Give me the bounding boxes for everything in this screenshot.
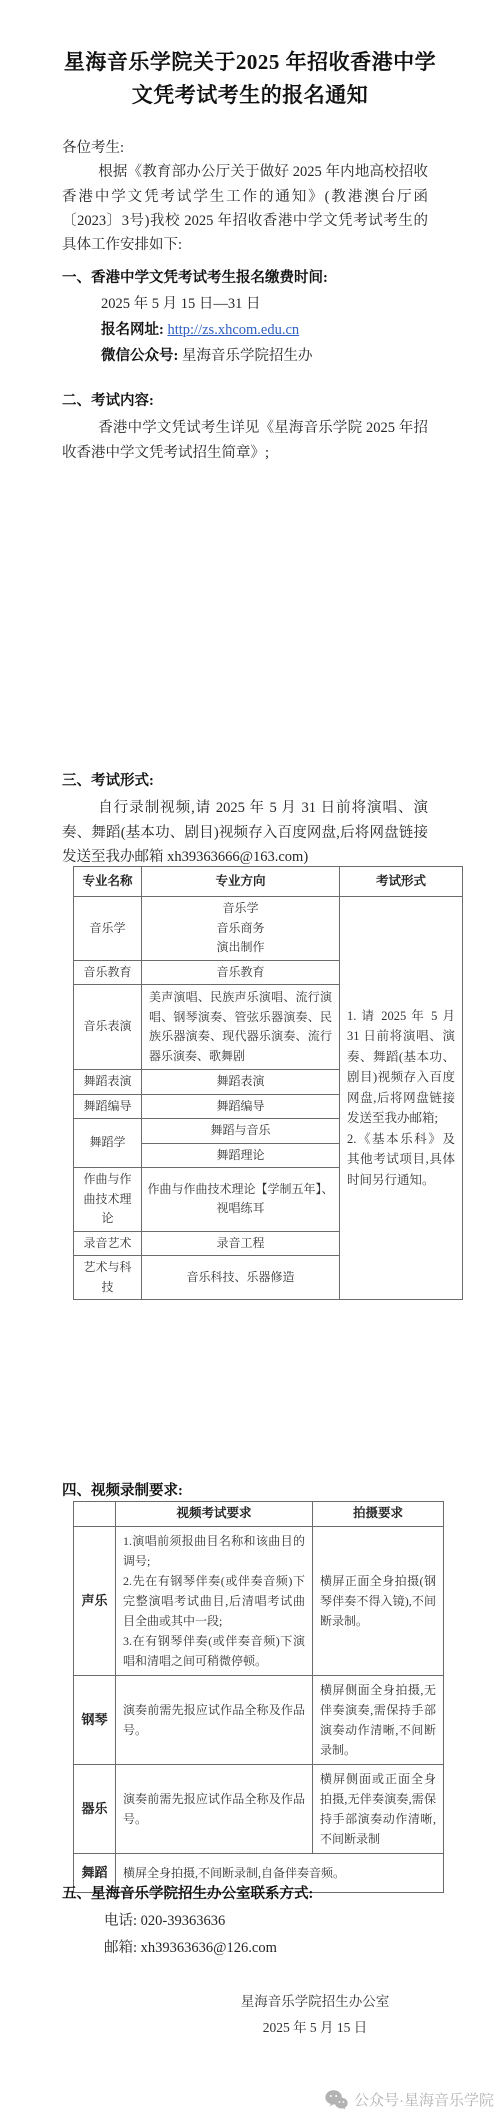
table-row: 音乐学 音乐学 音乐商务 演出制作 1. 请 2025 年 5 月 31 日前将… xyxy=(74,897,463,961)
wechat-icon xyxy=(325,2090,348,2110)
category-cell: 器乐 xyxy=(74,1764,116,1853)
section3-body: 自行录制视频,请 2025 年 5 月 31 日前将演唱、演奏、舞蹈(基本功、剧… xyxy=(62,796,428,869)
direction-cell: 舞蹈理论 xyxy=(142,1143,340,1168)
wechat-account-line: 微信公众号: 星海音乐学院招生办 xyxy=(62,343,438,369)
page-title-line2: 文凭考试考生的报名通知 xyxy=(36,79,464,112)
requirement-cell: 演奏前需先报应试作品全称及作品号。 xyxy=(116,1675,313,1764)
shooting-cell: 横屏侧面全身拍摄,无伴奏演奏,需保持手部演奏动作清晰,不间断录制。 xyxy=(313,1675,444,1764)
category-cell: 声乐 xyxy=(74,1526,116,1675)
section2-heading: 二、考试内容: xyxy=(62,389,428,413)
exam-form-note-1: 1. 请 2025 年 5 月 31 日前将演唱、演奏、舞蹈(基本功、剧目)视频… xyxy=(347,1006,455,1129)
notice-document: 星海音乐学院关于2025 年招收香港中学 文凭考试考生的报名通知 各位考生: 根… xyxy=(0,0,500,2122)
requirement-cell: 演奏前需先报应试作品全称及作品号。 xyxy=(116,1764,313,1853)
major-cell: 舞蹈编导 xyxy=(74,1094,142,1119)
signature-block: 星海音乐学院招生办公室 2025 年 5 月 15 日 xyxy=(180,1989,450,2040)
exam-form-cell: 1. 请 2025 年 5 月 31 日前将演唱、演奏、舞蹈(基本功、剧目)视频… xyxy=(340,897,463,1300)
major-cell: 舞蹈学 xyxy=(74,1119,142,1168)
majors-table-header-row: 专业名称 专业方向 考试形式 xyxy=(74,867,463,897)
salutation: 各位考生: xyxy=(62,136,428,160)
direction-cell: 美声演唱、民族声乐演唱、流行演唱、钢琴演奏、管弦乐器演奏、民族乐器演奏、现代器乐… xyxy=(142,985,340,1070)
registration-url-line: 报名网址: http://zs.xhcom.edu.cn xyxy=(62,317,438,343)
intro-block: 各位考生: 根据《教育部办公厅关于做好 2025 年内地高校招收香港中学文凭考试… xyxy=(62,136,428,257)
page-title: 星海音乐学院关于2025 年招收香港中学 文凭考试考生的报名通知 xyxy=(36,46,464,112)
section2-body: 香港中学文凭试考生详见《星海音乐学院 2025 年招收香港中学文凭考试招生简章》… xyxy=(62,416,428,465)
registration-date-range: 2025 年 5 月 15 日—31 日 xyxy=(62,291,438,317)
section1-heading: 一、香港中学文凭考试考生报名缴费时间: xyxy=(62,265,438,291)
direction-line: 音乐学 xyxy=(146,899,335,919)
video-table-header-row: 视频考试要求 拍摄要求 xyxy=(74,1502,444,1527)
registration-url-label: 报名网址: xyxy=(101,322,164,338)
registration-url-link[interactable]: http://zs.xhcom.edu.cn xyxy=(167,322,299,338)
direction-cell: 作曲与作曲技术理论【学制五年】、视唱练耳 xyxy=(142,1168,340,1232)
major-cell: 音乐表演 xyxy=(74,985,142,1070)
section3-heading: 三、考试形式: xyxy=(62,769,428,793)
watermark-text: 公众号·星海音乐学院 xyxy=(354,2089,494,2110)
majors-header-major: 专业名称 xyxy=(74,867,142,897)
requirement-line: 2.先在有钢琴伴奏(或伴奏音频)下完整演唱考试曲目,后清唱考试曲目全曲或其中一段… xyxy=(123,1571,305,1631)
wechat-account-label: 微信公众号: xyxy=(101,348,178,364)
major-cell: 音乐教育 xyxy=(74,960,142,985)
table-row: 器乐 演奏前需先报应试作品全称及作品号。 横屏侧面或正面全身拍摄,无伴奏演奏,需… xyxy=(74,1764,444,1853)
direction-line: 音乐商务 xyxy=(146,919,335,939)
table-row: 钢琴 演奏前需先报应试作品全称及作品号。 横屏侧面全身拍摄,无伴奏演奏,需保持手… xyxy=(74,1675,444,1764)
major-cell: 录音艺术 xyxy=(74,1231,142,1256)
signature-org: 星海音乐学院招生办公室 xyxy=(180,1989,450,2015)
contact-phone-label: 电话: xyxy=(104,1913,137,1929)
section-registration-time: 一、香港中学文凭考试考生报名缴费时间: 2025 年 5 月 15 日—31 日… xyxy=(62,265,438,369)
category-cell: 钢琴 xyxy=(74,1675,116,1764)
direction-line: 演出制作 xyxy=(146,938,335,958)
page-title-line1: 星海音乐学院关于2025 年招收香港中学 xyxy=(36,46,464,79)
video-requirements-table: 视频考试要求 拍摄要求 声乐 1.演唱前须报曲目名称和该曲目的调号; 2.先在有… xyxy=(73,1501,444,1893)
video-header-empty xyxy=(74,1502,116,1527)
signature-date: 2025 年 5 月 15 日 xyxy=(180,2015,450,2041)
video-header-shooting-req: 拍摄要求 xyxy=(313,1502,444,1527)
direction-cell: 舞蹈与音乐 xyxy=(142,1119,340,1144)
video-header-exam-req: 视频考试要求 xyxy=(116,1502,313,1527)
majors-header-direction: 专业方向 xyxy=(142,867,340,897)
direction-cell: 音乐科技、乐器修造 xyxy=(142,1256,340,1300)
contact-email-label: 邮箱: xyxy=(104,1940,137,1956)
table-row: 声乐 1.演唱前须报曲目名称和该曲目的调号; 2.先在有钢琴伴奏(或伴奏音频)下… xyxy=(74,1526,444,1675)
major-cell: 音乐学 xyxy=(74,897,142,961)
direction-cell: 音乐学 音乐商务 演出制作 xyxy=(142,897,340,961)
major-cell: 作曲与作曲技术理论 xyxy=(74,1168,142,1232)
major-cell: 舞蹈表演 xyxy=(74,1070,142,1095)
major-cell: 艺术与科技 xyxy=(74,1256,142,1300)
majors-header-exam-form: 考试形式 xyxy=(340,867,463,897)
intro-paragraph: 根据《教育部办公厅关于做好 2025 年内地高校招收香港中学文凭考试学生工作的通… xyxy=(62,160,428,257)
wechat-watermark: 公众号·星海音乐学院 xyxy=(325,2089,494,2110)
section-contact: 五、星海音乐学院招生办公室联系方式: 电话: 020-39363636 邮箱: … xyxy=(62,1881,442,1962)
wechat-account-value: 星海音乐学院招生办 xyxy=(182,348,313,364)
shooting-cell: 横屏正面全身拍摄(钢琴伴奏不得入镜),不间断录制。 xyxy=(313,1526,444,1675)
requirement-line: 1.演唱前须报曲目名称和该曲目的调号; xyxy=(123,1531,305,1571)
section4-heading: 四、视频录制要求: xyxy=(62,1479,438,1500)
direction-cell: 音乐教育 xyxy=(142,960,340,985)
section-exam-form: 三、考试形式: 自行录制视频,请 2025 年 5 月 31 日前将演唱、演奏、… xyxy=(62,769,428,869)
majors-table: 专业名称 专业方向 考试形式 音乐学 音乐学 音乐商务 演出制作 1. 请 20… xyxy=(73,866,463,1300)
contact-phone-value: 020-39363636 xyxy=(141,1913,226,1929)
requirement-line: 3.在有钢琴伴奏(或伴奏音频)下演唱和清唱之间可稍微停顿。 xyxy=(123,1631,305,1671)
contact-email-line: 邮箱: xh39363636@126.com xyxy=(62,1935,442,1962)
direction-cell: 录音工程 xyxy=(142,1231,340,1256)
direction-cell: 舞蹈编导 xyxy=(142,1094,340,1119)
requirement-cell: 1.演唱前须报曲目名称和该曲目的调号; 2.先在有钢琴伴奏(或伴奏音频)下完整演… xyxy=(116,1526,313,1675)
exam-form-note-2: 2.《基本乐科》及其他考试项目,具体时间另行通知。 xyxy=(347,1129,455,1191)
shooting-cell: 横屏侧面或正面全身拍摄,无伴奏演奏,需保持手部演奏动作清晰,不间断录制 xyxy=(313,1764,444,1853)
direction-cell: 舞蹈表演 xyxy=(142,1070,340,1095)
section5-heading: 五、星海音乐学院招生办公室联系方式: xyxy=(62,1881,442,1908)
contact-phone-line: 电话: 020-39363636 xyxy=(62,1908,442,1935)
contact-email-value: xh39363636@126.com xyxy=(141,1940,277,1956)
section-exam-content: 二、考试内容: 香港中学文凭试考生详见《星海音乐学院 2025 年招收香港中学文… xyxy=(62,389,428,465)
